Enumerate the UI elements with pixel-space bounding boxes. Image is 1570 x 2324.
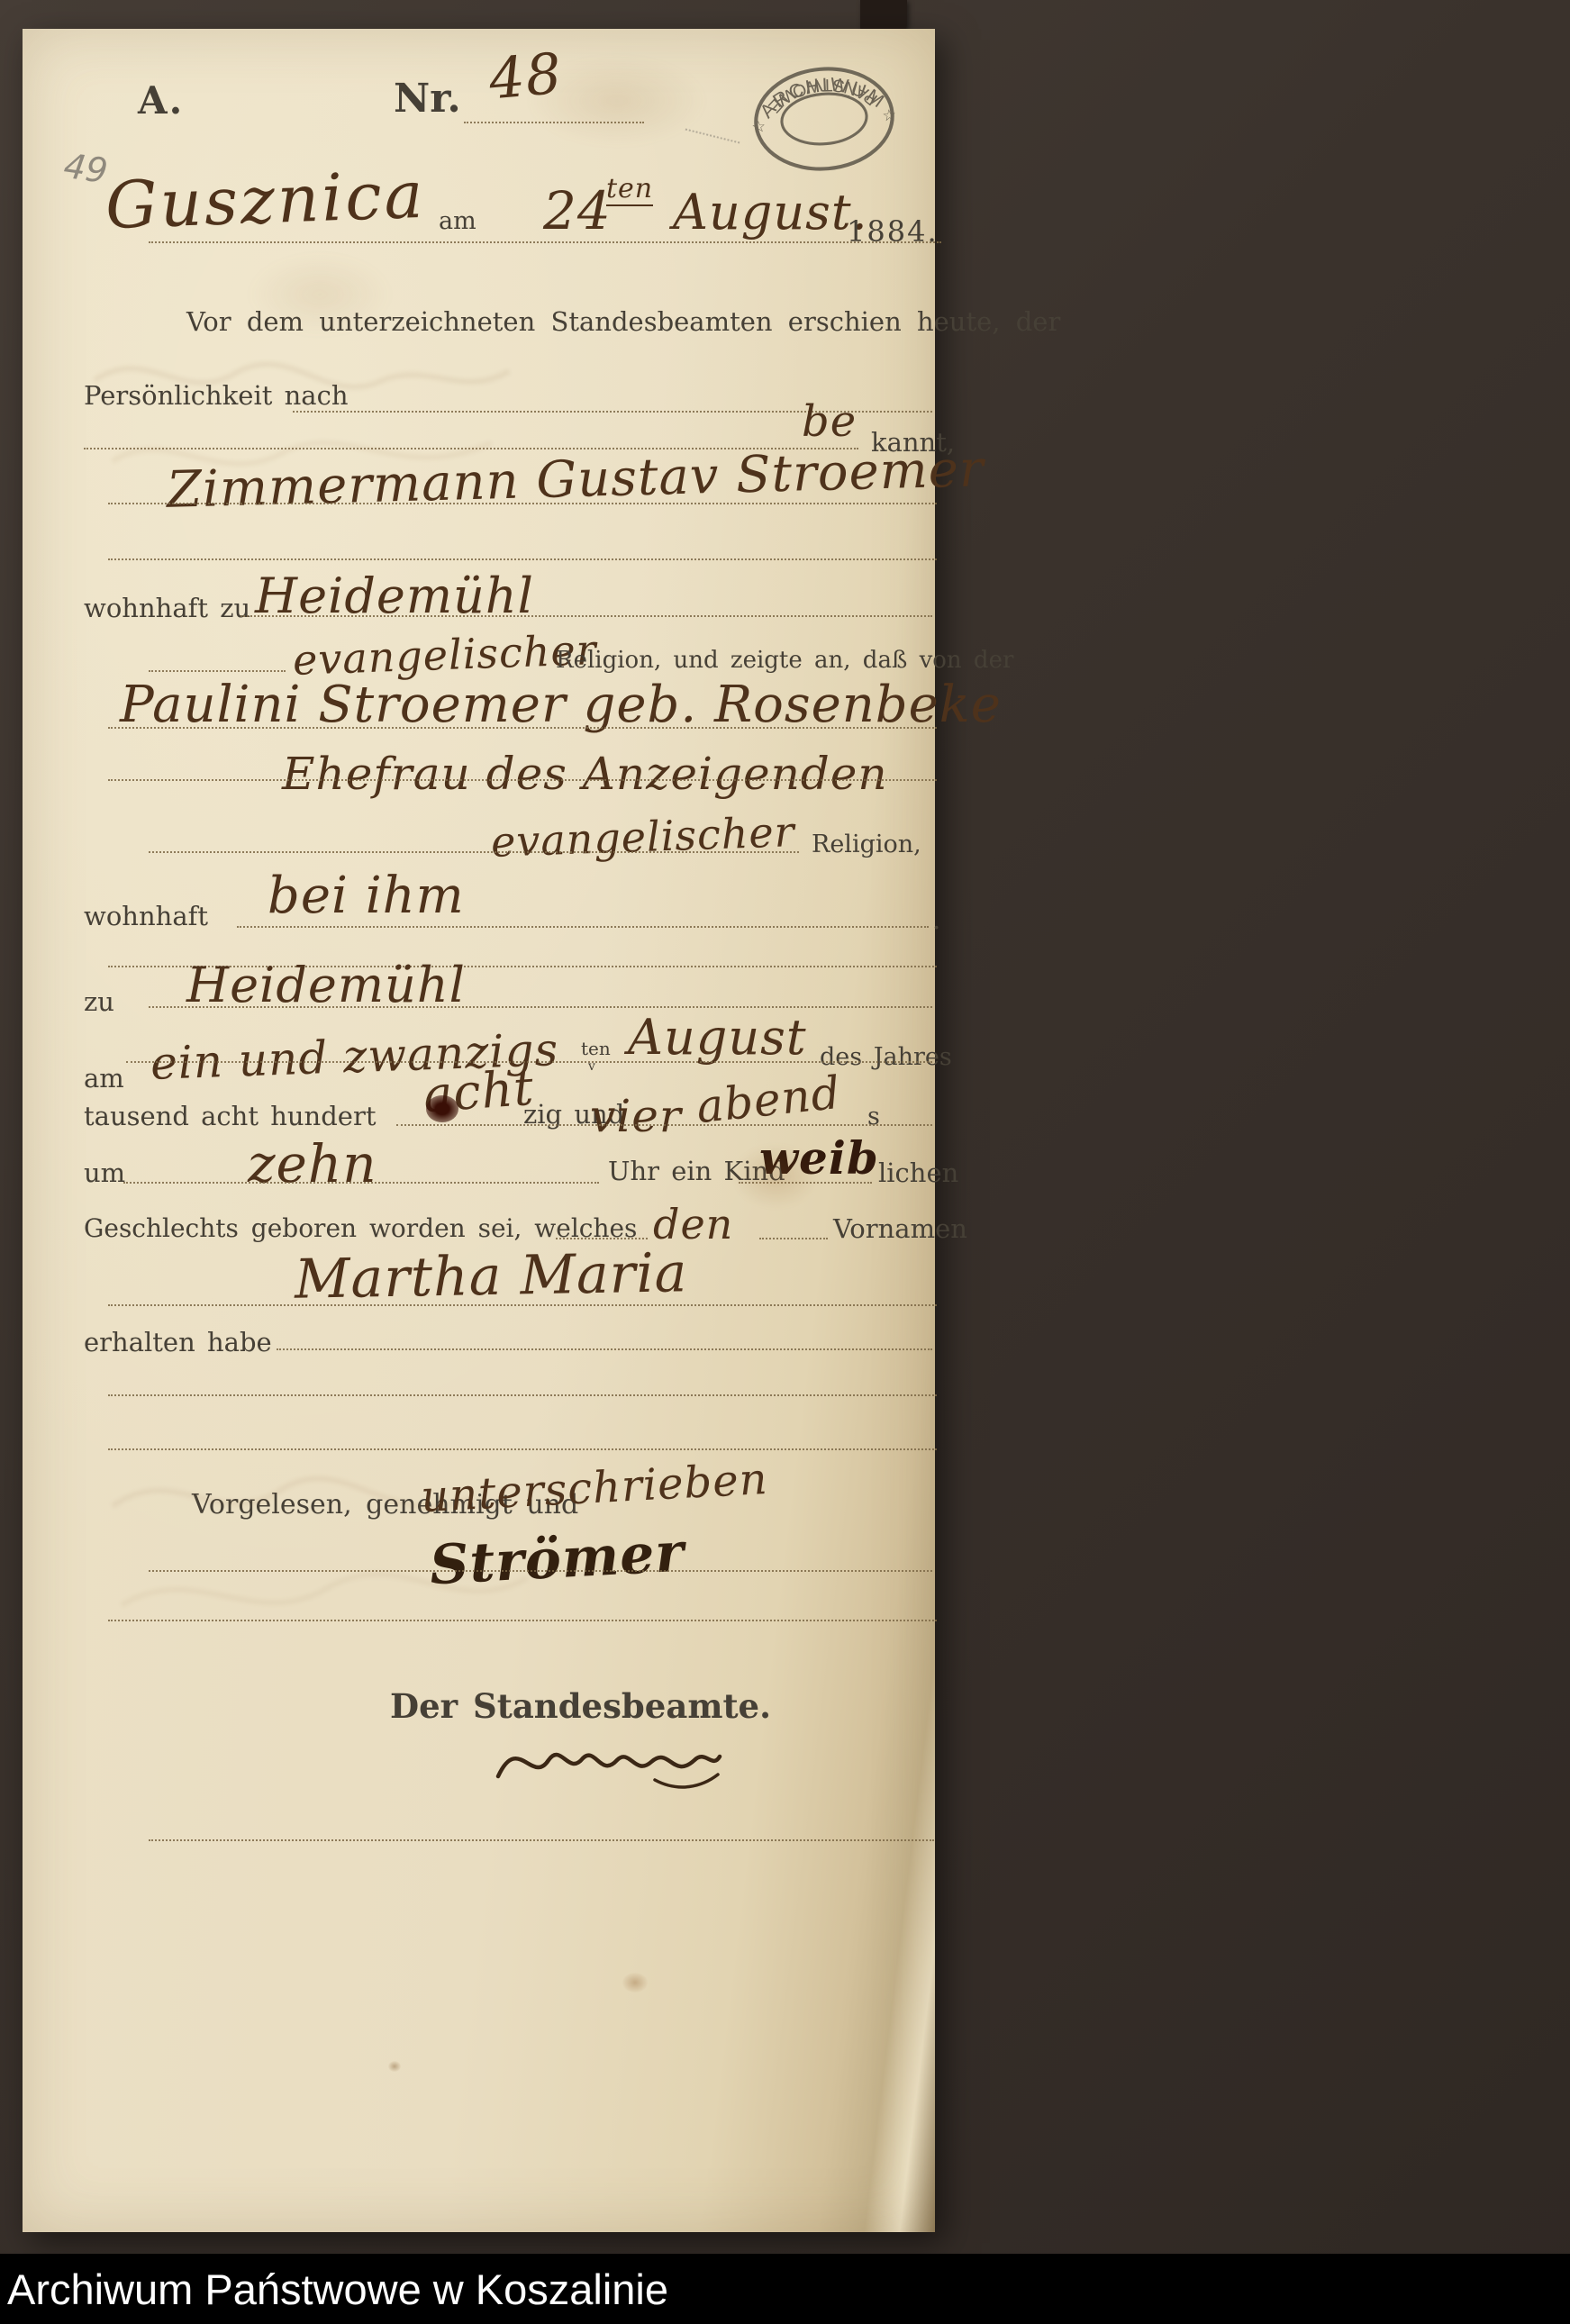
mother-name: Paulini Stroemer geb. Rosenbeke xyxy=(120,676,1002,734)
pencil-page-number: 49 xyxy=(61,146,110,191)
bekannt-handwritten-prefix: be xyxy=(802,396,857,447)
record-day-suffix: ten xyxy=(606,173,653,206)
birthplace-zu-label: zu xyxy=(84,986,114,1017)
dotted-line xyxy=(149,851,799,853)
gender-lichen-printed: lichen xyxy=(878,1157,958,1188)
record-number-label: Nr. xyxy=(394,76,461,122)
place-of-record: Gusznica xyxy=(104,157,427,243)
birthdate-des-jahres: des Jahres xyxy=(820,1043,952,1071)
dotted-line xyxy=(149,1839,934,1841)
birthplace-value: Heidemühl xyxy=(186,957,466,1013)
dotted-line xyxy=(108,779,937,781)
record-day: 24 xyxy=(543,180,612,241)
religion1-printed: Religion, und zeigte an, daß von der xyxy=(556,647,1013,674)
residence2-value: bei ihm xyxy=(268,867,465,925)
dotted-line xyxy=(277,1348,932,1350)
residence-label: wohnhaft zu xyxy=(84,593,250,623)
age-stain xyxy=(732,1144,819,1209)
dotted-line xyxy=(149,241,941,243)
age-stain xyxy=(527,56,707,146)
stamp-star-left: ☆ xyxy=(751,118,767,137)
time-hour: zehn xyxy=(248,1133,377,1194)
year-words-vier: vier xyxy=(590,1090,682,1142)
am-label: am xyxy=(439,207,476,235)
dotted-line xyxy=(149,1006,932,1008)
dotted-line xyxy=(556,1238,648,1239)
pencil-stroke xyxy=(685,129,740,144)
vornamen-printed: Vornamen xyxy=(833,1213,967,1244)
dotted-line xyxy=(237,926,929,928)
dotted-line xyxy=(123,1182,599,1184)
ink-blot xyxy=(426,1095,458,1122)
birthdate-ten-printed: ten xyxy=(581,1038,611,1059)
record-year: 1884. xyxy=(847,214,939,249)
registrar-signature xyxy=(491,1720,725,1802)
dotted-line xyxy=(759,1238,828,1239)
age-stain xyxy=(248,254,392,335)
ink-show-through xyxy=(86,1434,554,1668)
child-name: Martha Maria xyxy=(294,1241,687,1312)
residence2-label: wohnhaft xyxy=(84,901,208,931)
form-corner-letter: A. xyxy=(138,78,184,123)
year-words-printed: tausend acht hundert xyxy=(84,1101,376,1131)
registry-form-page: A. 49 Nr. 48 ARCHIWUM PAŃSTWOWE ☆ ☆ Gusz… xyxy=(23,29,935,2232)
birthdate-am-label: am xyxy=(84,1063,124,1094)
religion2-printed: Religion, xyxy=(812,831,921,858)
dotted-line xyxy=(108,558,937,560)
age-stain xyxy=(622,1973,648,1993)
dotted-line xyxy=(108,727,937,729)
mother-relation: Ehefrau des Anzeigenden xyxy=(282,748,888,800)
archive-stamp: ARCHIWUM PAŃSTWOWE ☆ ☆ xyxy=(746,57,903,181)
scanned-document-view: A. 49 Nr. 48 ARCHIWUM PAŃSTWOWE ☆ ☆ Gusz… xyxy=(0,0,1570,2324)
dotted-line xyxy=(108,1304,937,1306)
dotted-line xyxy=(240,615,932,617)
time-of-day-s: s xyxy=(867,1103,880,1130)
geschlechts-line-printed: Geschlechts geboren worden sei, welches xyxy=(84,1213,637,1243)
ink-show-through xyxy=(77,326,527,524)
dotted-line xyxy=(108,1394,937,1396)
time-um-label: um xyxy=(84,1157,125,1188)
archive-watermark-text: Archiwum Państwowe w Koszalinie xyxy=(7,2265,668,2314)
erhalten-habe-printed: erhalten habe xyxy=(84,1327,272,1357)
dotted-line xyxy=(396,1124,932,1126)
dotted-line xyxy=(149,670,286,672)
birthdate-month: August xyxy=(628,1009,807,1066)
stamp-star-right: ☆ xyxy=(882,106,897,125)
record-month: August. xyxy=(673,184,868,241)
residence2-period: . xyxy=(932,904,940,935)
religion2-value: evangelischer xyxy=(490,807,795,867)
age-stain xyxy=(388,2061,401,2072)
archive-watermark-bar: Archiwum Państwowe w Koszalinie xyxy=(0,2254,1570,2324)
